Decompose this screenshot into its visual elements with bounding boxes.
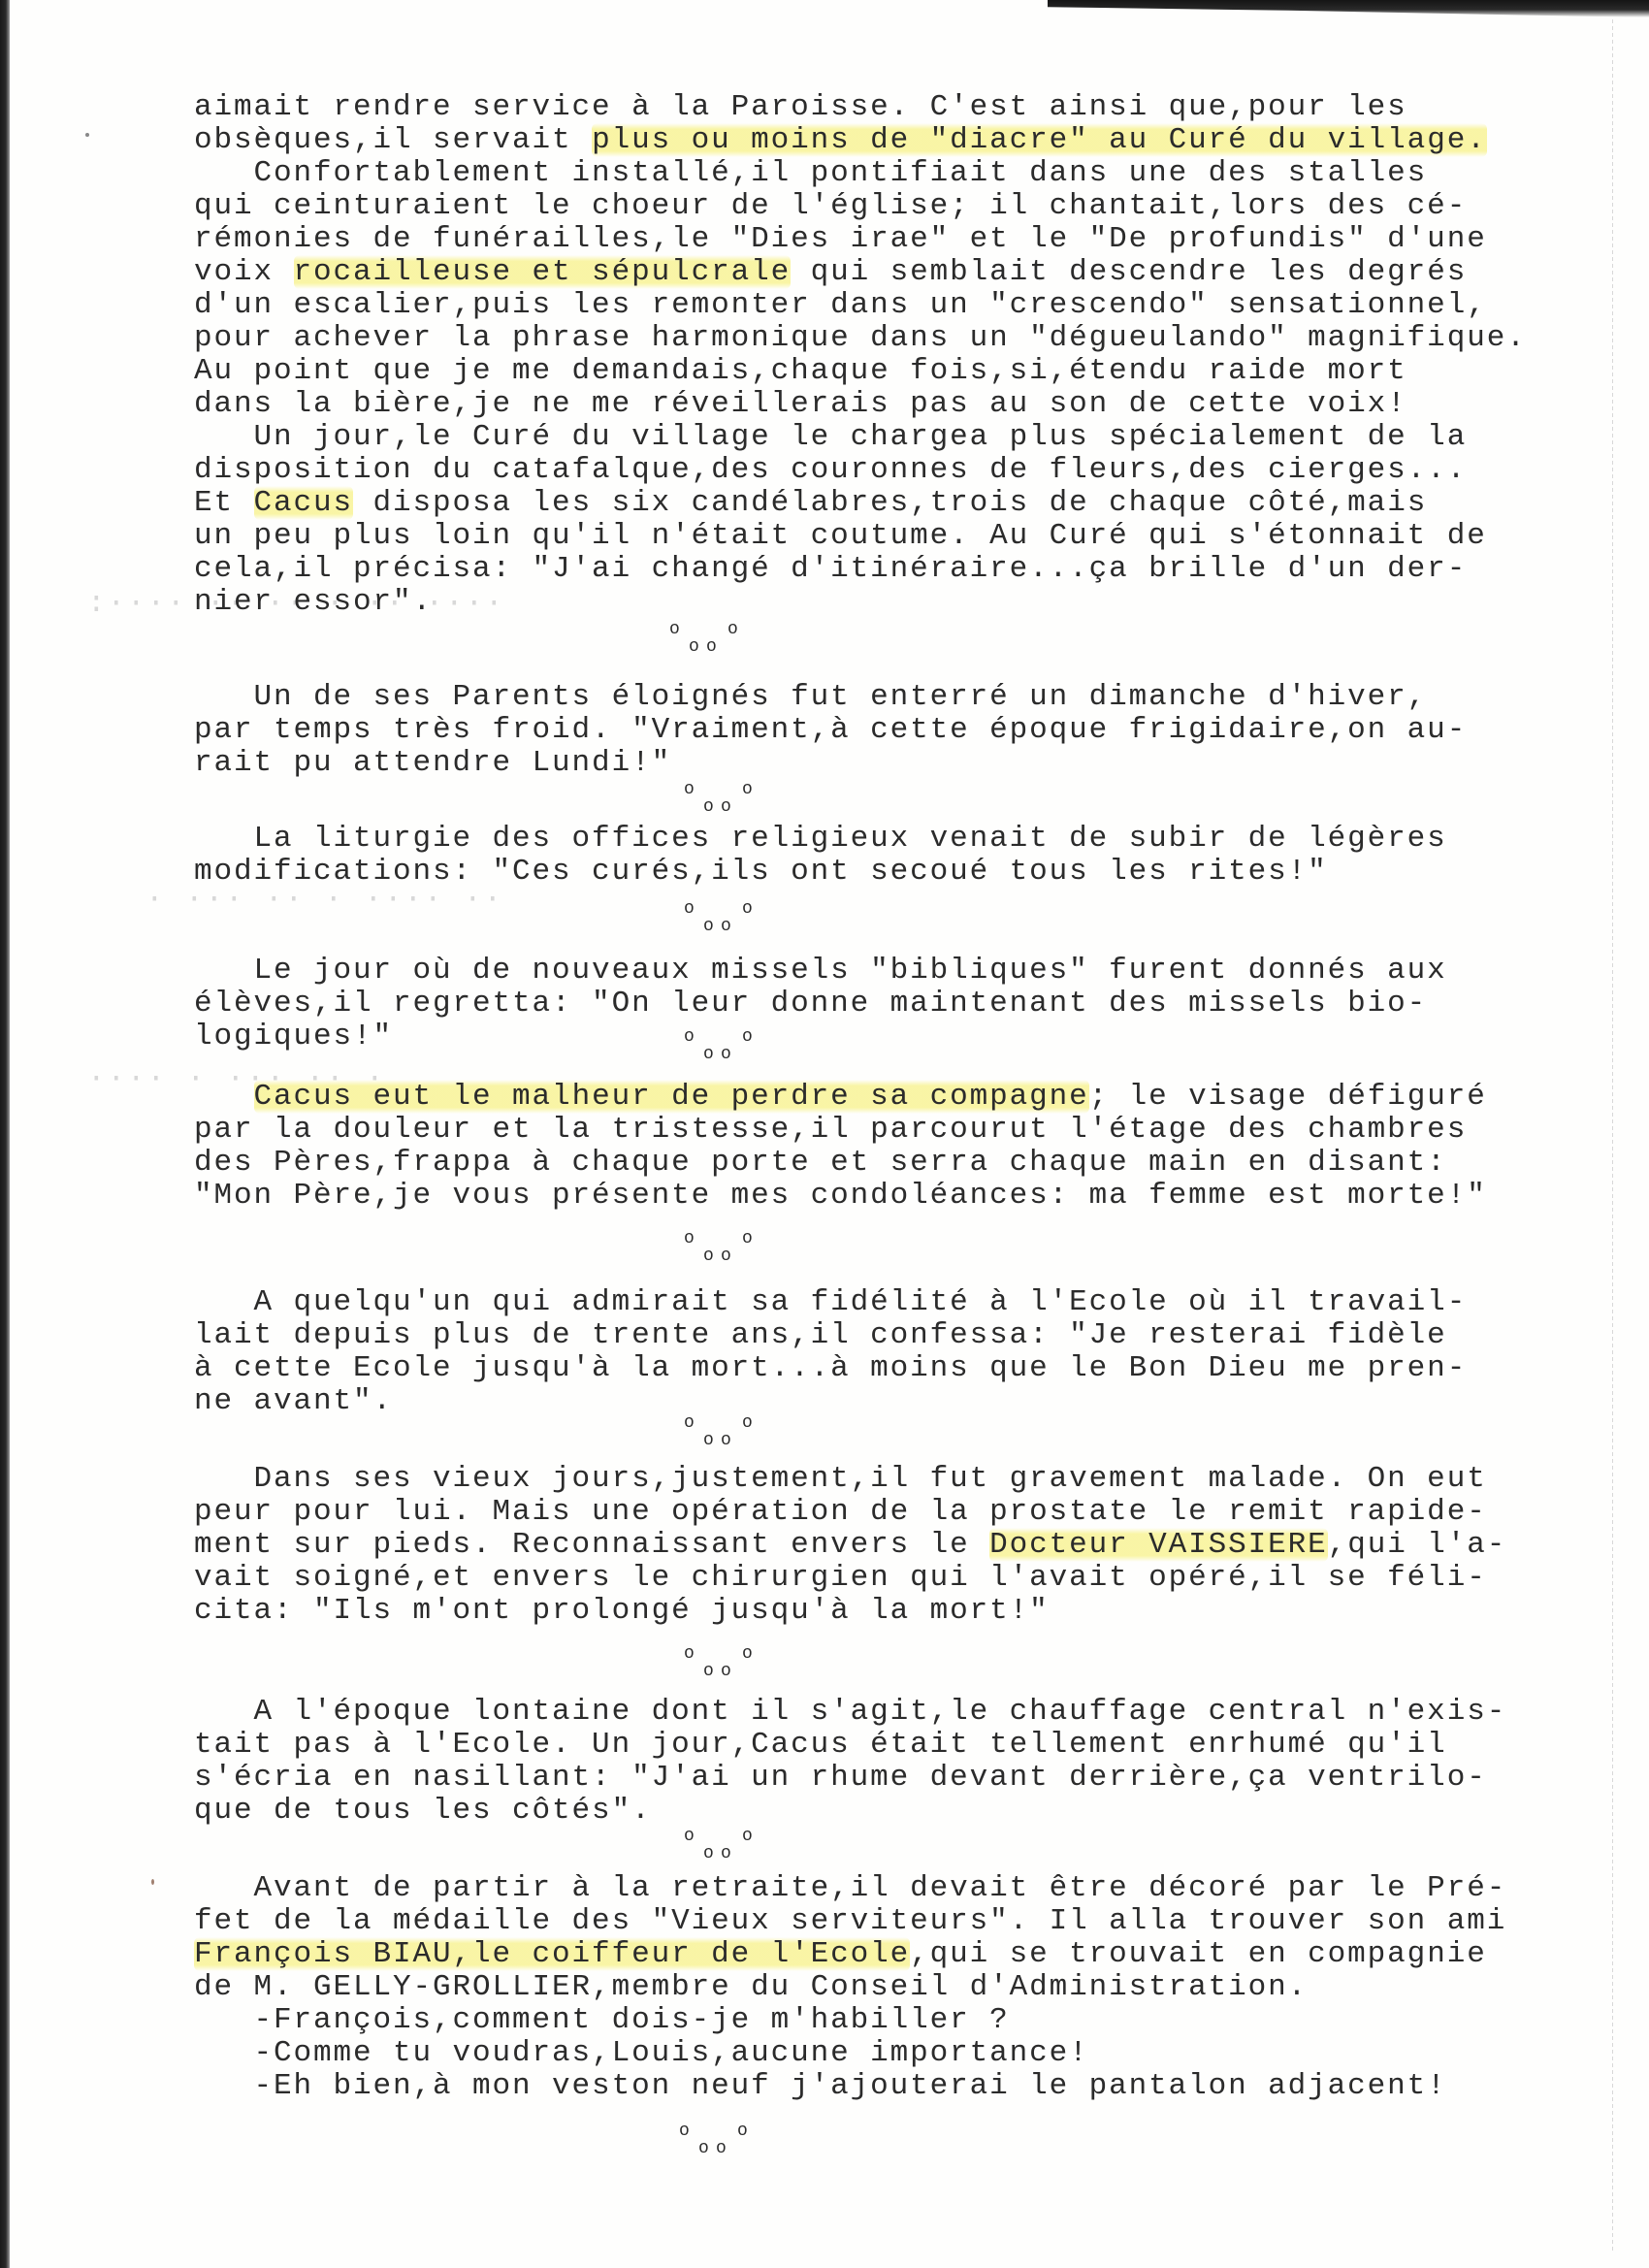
- text-line: pour achever la phrase harmonique dans u…: [194, 322, 1527, 355]
- separator-dot: o: [721, 918, 731, 935]
- text-line: élèves,il regretta: "On leur donne maint…: [194, 988, 1427, 1021]
- text-span: disposa les six candélabres,trois de cha…: [353, 486, 1427, 520]
- text-line: par temps très froid. "Vraiment,à cette …: [194, 714, 1467, 747]
- dialogue-line: -François,comment dois-je m'habiller ?: [194, 2004, 1010, 2037]
- separator-dot: o: [703, 798, 714, 816]
- separator-dot: o: [742, 1828, 753, 1845]
- text-span: voix: [194, 255, 294, 289]
- section-separator: o o o o: [684, 1230, 761, 1269]
- separator-dot: o: [703, 1663, 714, 1680]
- section-separator: o o o o: [684, 1414, 761, 1453]
- highlight: Cacus eut le malheur de perdre sa compag…: [254, 1080, 1089, 1114]
- highlight: plus ou moins de "diacre" au Curé du vil…: [592, 123, 1487, 157]
- separator-dot: o: [703, 918, 714, 935]
- text-line: rait pu attendre Lundi!": [194, 747, 671, 780]
- text-line: rémonies de funérailles,le "Dies irae" e…: [194, 223, 1487, 256]
- ink-speck: [151, 1879, 154, 1885]
- separator-dot: o: [684, 1645, 695, 1663]
- text-line: Confortablement installé,il pontifiait d…: [194, 157, 1427, 190]
- scanned-page: :···· ·· ·· · ·· ···· · ··· ·· · ···· ··…: [0, 0, 1649, 2268]
- text-line: Dans ses vieux jours,justement,il fut gr…: [194, 1463, 1487, 1496]
- text-line: qui ceinturaient le choeur de l'église; …: [194, 190, 1467, 223]
- separator-dot: o: [684, 1230, 695, 1247]
- text-line: Un jour,le Curé du village le chargea pl…: [194, 421, 1467, 454]
- separator-dot: o: [721, 1845, 731, 1863]
- separator-dot: o: [703, 1046, 714, 1063]
- text-line: Et Cacus disposa les six candélabres,tro…: [194, 487, 1427, 520]
- separator-dot: o: [742, 1414, 753, 1432]
- text-line: Avant de partir à la retraite,il devait …: [194, 1872, 1506, 1905]
- text-span: [194, 1080, 254, 1114]
- text-line: La liturgie des offices religieux venait…: [194, 823, 1447, 856]
- section-separator: o o o o: [684, 1645, 761, 1684]
- text-line: cela,il précisa: "J'ai changé d'itinérai…: [194, 553, 1467, 586]
- text-line: par la douleur et la tristesse,il parcou…: [194, 1114, 1467, 1147]
- separator-dot: o: [742, 781, 753, 798]
- scan-edge-top: [1048, 0, 1649, 17]
- separator-dot: o: [684, 781, 695, 798]
- dialogue-line: -Eh bien,à mon veston neuf j'ajouterai l…: [194, 2070, 1447, 2103]
- text-line: lait depuis plus de trente ans,il confes…: [194, 1319, 1447, 1352]
- text-span: ,qui l'a-: [1328, 1528, 1507, 1562]
- text-line: cita: "Ils m'ont prolongé jusqu'à la mor…: [194, 1595, 1050, 1628]
- separator-dot: o: [684, 1414, 695, 1432]
- text-line: un peu plus loin qu'il n'était coutume. …: [194, 520, 1487, 553]
- text-span: ment sur pieds. Reconnaissant envers le: [194, 1528, 989, 1562]
- separator-dot: o: [742, 900, 753, 918]
- text-line: fet de la médaille des "Vieux serviteurs…: [194, 1905, 1506, 1938]
- text-line: Au point que je me demandais,chaque fois…: [194, 355, 1407, 388]
- separator-dot: o: [721, 798, 731, 816]
- text-span: ; le visage défiguré: [1089, 1080, 1487, 1114]
- text-line: ne avant".: [194, 1385, 393, 1418]
- text-line: d'un escalier,puis les remonter dans un …: [194, 289, 1487, 322]
- text-span: qui semblait descendre les degrés: [791, 255, 1467, 289]
- text-line: tait pas à l'Ecole. Un jour,Cacus était …: [194, 1729, 1447, 1762]
- highlight: rocailleuse et sépulcrale: [294, 255, 792, 289]
- page-fold-line: [1612, 19, 1613, 2251]
- text-line: logiques!": [194, 1021, 393, 1053]
- text-span: Et: [194, 486, 254, 520]
- separator-dot: o: [684, 900, 695, 918]
- separator-dot: o: [716, 2140, 727, 2157]
- separator-dot: o: [721, 1432, 731, 1449]
- section-separator: o o o o: [669, 621, 747, 660]
- text-line: "Mon Père,je vous présente mes condoléan…: [194, 1180, 1487, 1213]
- text-span: obsèques,il servait: [194, 123, 592, 157]
- separator-dot: o: [727, 621, 738, 638]
- separator-dot: o: [684, 1828, 695, 1845]
- scan-edge-left: [0, 0, 10, 2268]
- section-separator: o o o o: [684, 900, 761, 939]
- separator-dot: o: [703, 1432, 714, 1449]
- text-span: ,qui se trouvait en compagnie: [910, 1937, 1487, 1971]
- text-line: dans la bière,je ne me réveillerais pas …: [194, 388, 1407, 421]
- text-line: ment sur pieds. Reconnaissant envers le …: [194, 1529, 1506, 1562]
- separator-dot: o: [742, 1230, 753, 1247]
- text-line: de M. GELLY-GROLLIER,membre du Conseil d…: [194, 1971, 1308, 2004]
- separator-dot: o: [689, 638, 699, 656]
- text-line: A quelqu'un qui admirait sa fidélité à l…: [194, 1286, 1467, 1319]
- text-line: Un de ses Parents éloignés fut enterré u…: [194, 681, 1427, 714]
- text-line: disposition du catafalque,des couronnes …: [194, 454, 1467, 487]
- section-separator: o o o o: [679, 2122, 757, 2161]
- text-line: s'écria en nasillant: "J'ai un rhume dev…: [194, 1762, 1487, 1795]
- separator-dot: o: [698, 2140, 709, 2157]
- text-line: des Pères,frappa à chaque porte et serra…: [194, 1147, 1447, 1180]
- text-line: voix rocailleuse et sépulcrale qui sembl…: [194, 256, 1467, 289]
- separator-dot: o: [721, 1046, 731, 1063]
- highlight: Cacus: [254, 486, 354, 520]
- separator-dot: o: [679, 2122, 690, 2140]
- text-line: Le jour où de nouveaux missels "biblique…: [194, 955, 1447, 988]
- text-line: à cette Ecole jusqu'à la mort...à moins …: [194, 1352, 1467, 1385]
- text-line: modifications: "Ces curés,ils ont secoué…: [194, 856, 1328, 889]
- separator-dot: o: [742, 1645, 753, 1663]
- text-line: que de tous les côtés".: [194, 1795, 652, 1828]
- separator-dot: o: [737, 2122, 748, 2140]
- section-separator: o o o o: [684, 1028, 761, 1067]
- separator-dot: o: [703, 1247, 714, 1265]
- section-separator: o o o o: [684, 781, 761, 820]
- highlight: Docteur VAISSIERE: [989, 1528, 1328, 1562]
- highlight: François BIAU,le coiffeur de l'Ecole: [194, 1937, 910, 1971]
- text-line: A l'époque lontaine dont il s'agit,le ch…: [194, 1696, 1506, 1729]
- text-line: vait soigné,et envers le chirurgien qui …: [194, 1562, 1487, 1595]
- separator-dot: o: [669, 621, 680, 638]
- dialogue-line: -Comme tu voudras,Louis,aucune importanc…: [194, 2037, 1089, 2070]
- text-line: aimait rendre service à la Paroisse. C'e…: [194, 91, 1407, 124]
- section-separator: o o o o: [684, 1828, 761, 1866]
- separator-dot: o: [706, 638, 717, 656]
- separator-dot: o: [684, 1028, 695, 1046]
- text-line: peur pour lui. Mais une opération de la …: [194, 1496, 1487, 1529]
- text-line: nier essor".: [194, 586, 433, 619]
- separator-dot: o: [721, 1247, 731, 1265]
- separator-dot: o: [742, 1028, 753, 1046]
- text-line: obsèques,il servait plus ou moins de "di…: [194, 124, 1487, 157]
- text-line: Cacus eut le malheur de perdre sa compag…: [194, 1081, 1487, 1114]
- separator-dot: o: [721, 1663, 731, 1680]
- text-line: François BIAU,le coiffeur de l'Ecole,qui…: [194, 1938, 1487, 1971]
- ink-speck: [85, 133, 89, 137]
- separator-dot: o: [703, 1845, 714, 1863]
